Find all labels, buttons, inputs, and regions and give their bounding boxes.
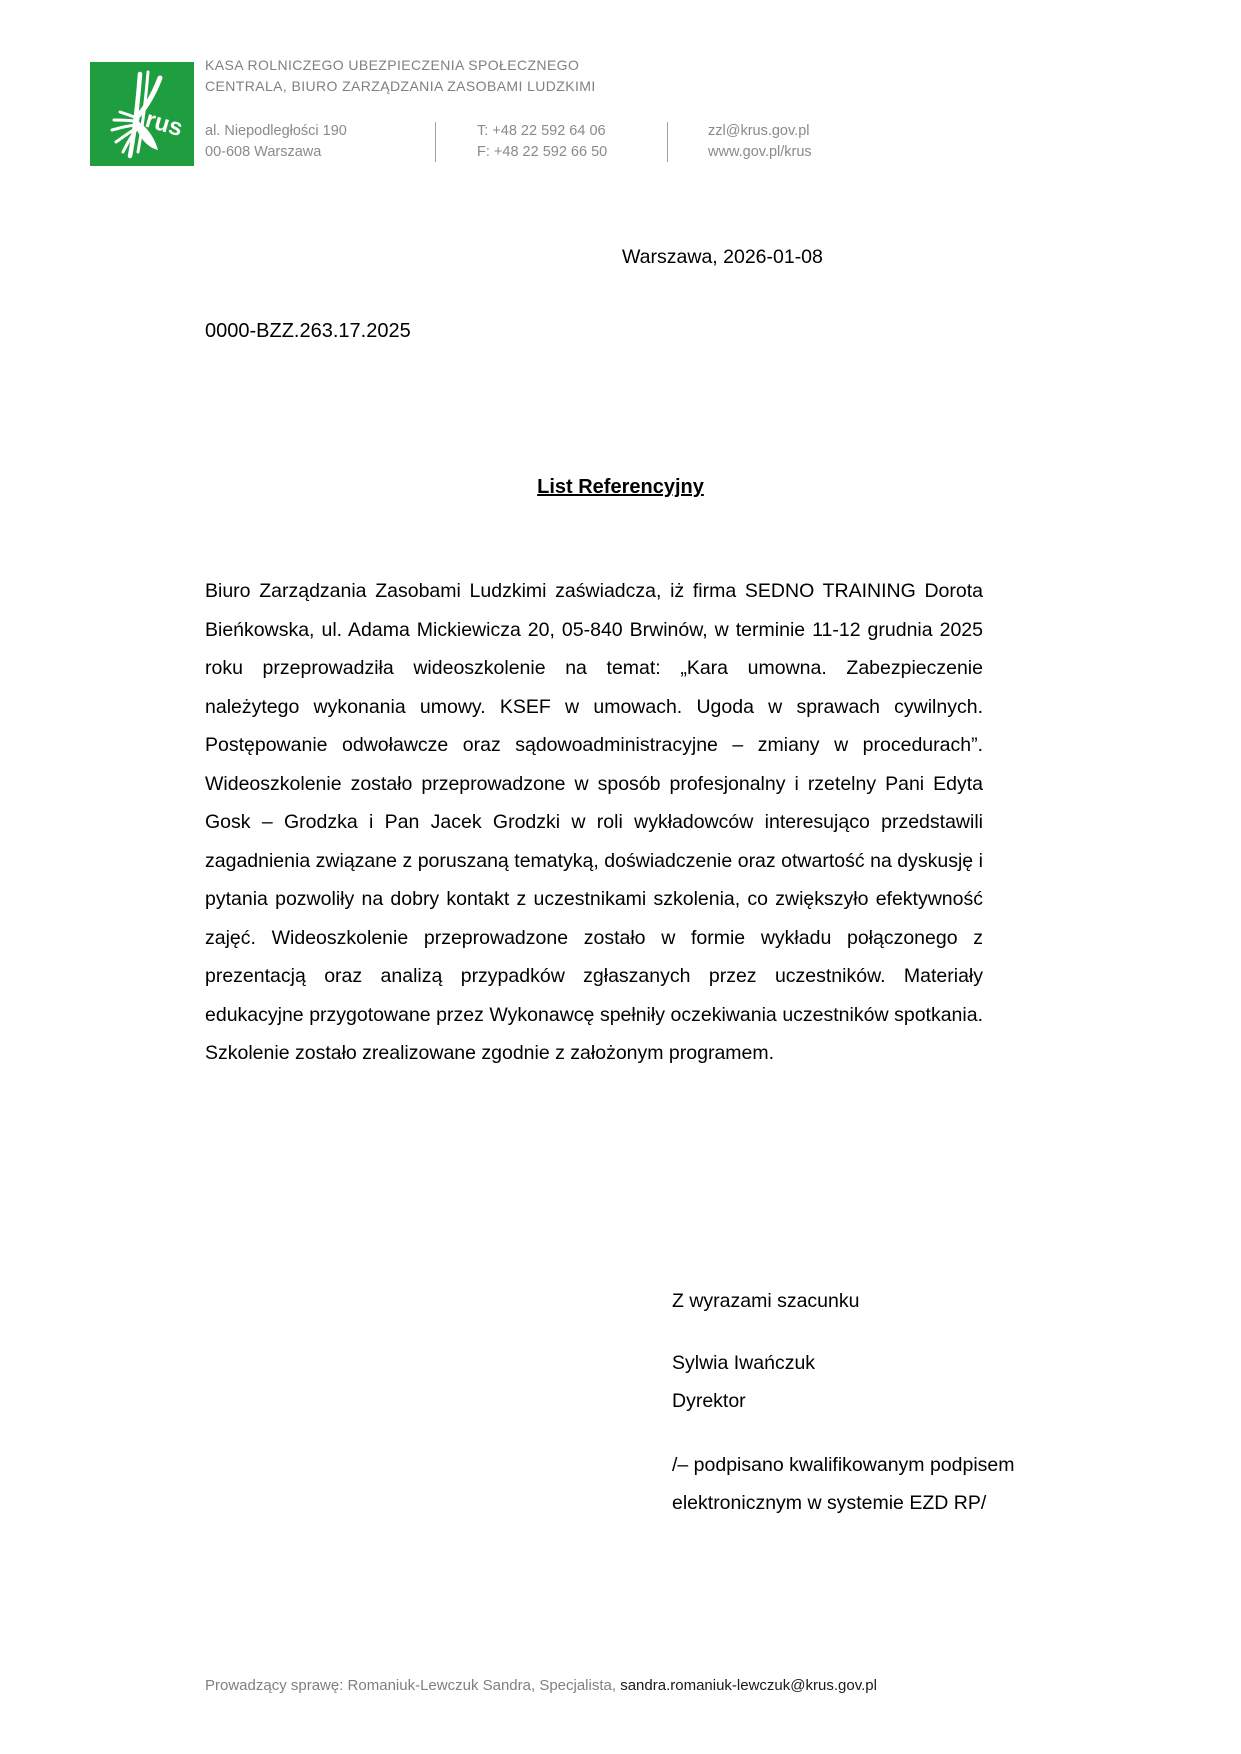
web-block: zzl@krus.gov.pl www.gov.pl/krus — [708, 121, 812, 163]
signer-title: Dyrektor — [672, 1382, 1015, 1420]
header-divider-2 — [667, 122, 668, 162]
letter-body: Biuro Zarządzania Zasobami Ludzkimi zaśw… — [205, 572, 983, 1073]
closing-phrase: Z wyrazami szacunku — [672, 1282, 1015, 1320]
org-email: zzl@krus.gov.pl — [708, 121, 812, 142]
signature-note-line2: elektronicznym w systemie EZD RP/ — [672, 1484, 1015, 1522]
document-title: List Referencyjny — [0, 476, 1241, 499]
fax-number: F: +48 22 592 66 50 — [477, 142, 607, 163]
org-name-line2: CENTRALA, BIURO ZARZĄDZANIA ZASOBAMI LUD… — [205, 76, 596, 97]
address-city: 00-608 Warszawa — [205, 142, 347, 163]
address-block: al. Niepodległości 190 00-608 Warszawa — [205, 121, 347, 163]
letter-page: rus KASA ROLNICZEGO UBEZPIECZENIA SPOŁEC… — [0, 0, 1241, 1754]
address-street: al. Niepodległości 190 — [205, 121, 347, 142]
header-divider-1 — [435, 122, 436, 162]
krus-logo: rus — [90, 62, 194, 166]
place-date: Warszawa, 2026-01-08 — [622, 246, 823, 269]
org-name-block: KASA ROLNICZEGO UBEZPIECZENIA SPOŁECZNEG… — [205, 55, 596, 97]
signature-block: Z wyrazami szacunku Sylwia Iwańczuk Dyre… — [672, 1282, 1015, 1522]
case-handler-email: sandra.romaniuk-lewczuk@krus.gov.pl — [620, 1677, 877, 1694]
phone-block: T: +48 22 592 64 06 F: +48 22 592 66 50 — [477, 121, 607, 163]
signer-name: Sylwia Iwańczuk — [672, 1344, 1015, 1382]
reference-number: 0000-BZZ.263.17.2025 — [205, 320, 411, 343]
org-name-line1: KASA ROLNICZEGO UBEZPIECZENIA SPOŁECZNEG… — [205, 55, 596, 76]
signature-note-line1: /– podpisano kwalifikowanym podpisem — [672, 1446, 1015, 1484]
krus-logo-icon: rus — [90, 62, 194, 166]
phone-number: T: +48 22 592 64 06 — [477, 121, 607, 142]
footer-case-handler: Prowadzący sprawę: Romaniuk-Lewczuk Sand… — [205, 1677, 877, 1694]
case-handler-label: Prowadzący sprawę: Romaniuk-Lewczuk Sand… — [205, 1677, 620, 1694]
org-website: www.gov.pl/krus — [708, 142, 812, 163]
